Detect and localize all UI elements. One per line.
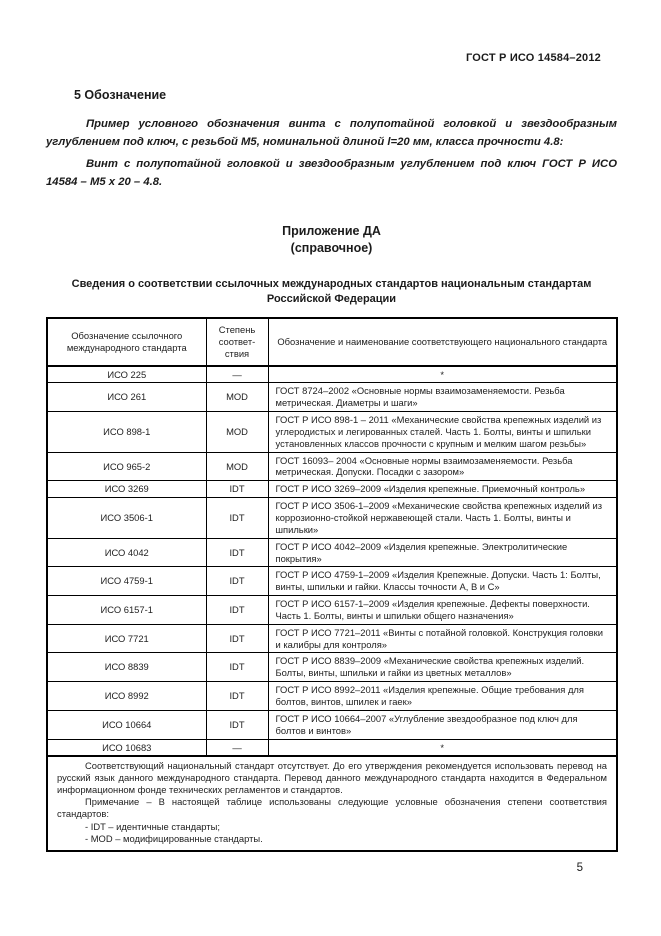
cell-international-standard: ИСО 965-2: [47, 452, 206, 481]
cell-national-standard: ГОСТ Р ИСО 4042–2009 «Изделия крепежные.…: [268, 538, 617, 567]
page-number: 5: [577, 862, 583, 874]
cell-national-standard: ГОСТ 8724–2002 «Основные нормы взаимозам…: [268, 383, 617, 412]
table-row: ИСО 6157-1IDTГОСТ Р ИСО 6157-1–2009 «Изд…: [47, 596, 617, 625]
cell-international-standard: ИСО 10664: [47, 710, 206, 739]
table-footnote-cell: Соответствующий национальный стандарт от…: [47, 756, 617, 850]
cell-degree: IDT: [206, 653, 268, 682]
cell-degree: IDT: [206, 710, 268, 739]
cell-degree: IDT: [206, 624, 268, 653]
cell-degree: —: [206, 366, 268, 383]
cell-international-standard: ИСО 10683: [47, 739, 206, 756]
cell-international-standard: ИСО 7721: [47, 624, 206, 653]
table-footnote-row: Соответствующий национальный стандарт от…: [47, 756, 617, 850]
table-row: ИСО 8992IDTГОСТ Р ИСО 8992–2011 «Изделия…: [47, 682, 617, 711]
cell-national-standard: ГОСТ 16093– 2004 «Основные нормы взаимоз…: [268, 452, 617, 481]
table-row: ИСО 10683—*: [47, 739, 617, 756]
document-header: ГОСТ Р ИСО 14584–2012: [46, 52, 601, 64]
cell-national-standard: ГОСТ Р ИСО 8992–2011 «Изделия крепежные.…: [268, 682, 617, 711]
cell-international-standard: ИСО 3506-1: [47, 498, 206, 539]
cell-degree: IDT: [206, 498, 268, 539]
cell-international-standard: ИСО 8992: [47, 682, 206, 711]
table-row: ИСО 225—*: [47, 366, 617, 383]
table-body: ИСО 225—*ИСО 261MODГОСТ 8724–2002 «Основ…: [47, 366, 617, 757]
table-row: ИСО 4042IDTГОСТ Р ИСО 4042–2009 «Изделия…: [47, 538, 617, 567]
table-header-row: Обозначение ссылочного международного ст…: [47, 318, 617, 366]
example-paragraph: Пример условного обозначения винта с пол…: [46, 115, 617, 151]
appendix-title: Приложение ДА: [46, 223, 617, 240]
cell-degree: IDT: [206, 538, 268, 567]
cell-national-standard: ГОСТ Р ИСО 8839–2009 «Механические свойс…: [268, 653, 617, 682]
cell-national-standard: ГОСТ Р ИСО 4759-1–2009 «Изделия Крепежны…: [268, 567, 617, 596]
document-page: ГОСТ Р ИСО 14584–2012 5 Обозначение Прим…: [0, 0, 661, 936]
table-caption-line2: Российской Федерации: [46, 292, 617, 307]
cell-degree: IDT: [206, 682, 268, 711]
table-row: ИСО 3506-1IDTГОСТ Р ИСО 3506-1–2009 «Мех…: [47, 498, 617, 539]
header-international-standard: Обозначение ссылочного международного ст…: [47, 318, 206, 366]
cell-national-standard: ГОСТ Р ИСО 898-1 – 2011 «Механические св…: [268, 412, 617, 453]
table-row: ИСО 10664IDTГОСТ Р ИСО 10664–2007 «Углуб…: [47, 710, 617, 739]
table-caption-line1: Сведения о соответствии ссылочных междун…: [46, 277, 617, 292]
cell-degree: MOD: [206, 412, 268, 453]
footnote-item-idt: - IDT – идентичные стандарты;: [85, 821, 607, 833]
cell-national-standard: ГОСТ Р ИСО 7721–2011 «Винты с потайной г…: [268, 624, 617, 653]
table-row: ИСО 3269IDTГОСТ Р ИСО 3269–2009 «Изделия…: [47, 481, 617, 498]
table-caption: Сведения о соответствии ссылочных междун…: [46, 277, 617, 306]
footnote-paragraph: Соответствующий национальный стандарт от…: [57, 760, 607, 796]
cell-international-standard: ИСО 8839: [47, 653, 206, 682]
footnote-note: Примечание – В настоящей таблице использ…: [57, 796, 607, 820]
cell-national-standard: ГОСТ Р ИСО 3506-1–2009 «Механические сво…: [268, 498, 617, 539]
cell-national-standard: ГОСТ Р ИСО 10664–2007 «Углубление звездо…: [268, 710, 617, 739]
cell-international-standard: ИСО 3269: [47, 481, 206, 498]
table-row: ИСО 4759-1IDTГОСТ Р ИСО 4759-1–2009 «Изд…: [47, 567, 617, 596]
cell-international-standard: ИСО 4759-1: [47, 567, 206, 596]
cell-degree: MOD: [206, 452, 268, 481]
cell-national-standard: *: [268, 366, 617, 383]
cell-international-standard: ИСО 225: [47, 366, 206, 383]
standards-correspondence-table: Обозначение ссылочного международного ст…: [46, 317, 618, 852]
cell-degree: IDT: [206, 481, 268, 498]
cell-degree: —: [206, 739, 268, 756]
cell-degree: IDT: [206, 567, 268, 596]
table-row: ИСО 965-2MODГОСТ 16093– 2004 «Основные н…: [47, 452, 617, 481]
cell-international-standard: ИСО 898-1: [47, 412, 206, 453]
cell-international-standard: ИСО 6157-1: [47, 596, 206, 625]
appendix-subtitle: (справочное): [46, 240, 617, 257]
section-heading: 5 Обозначение: [74, 88, 617, 102]
table-row: ИСО 261MODГОСТ 8724–2002 «Основные нормы…: [47, 383, 617, 412]
cell-national-standard: ГОСТ Р ИСО 6157-1–2009 «Изделия крепежны…: [268, 596, 617, 625]
header-degree: Степень соответ-ствия: [206, 318, 268, 366]
cell-degree: IDT: [206, 596, 268, 625]
appendix-title-block: Приложение ДА (справочное): [46, 223, 617, 257]
header-national-standard: Обозначение и наименование соответствующ…: [268, 318, 617, 366]
cell-degree: MOD: [206, 383, 268, 412]
designation-paragraph: Винт с полупотайной головкой и звездообр…: [46, 155, 617, 191]
cell-national-standard: ГОСТ Р ИСО 3269–2009 «Изделия крепежные.…: [268, 481, 617, 498]
cell-international-standard: ИСО 261: [47, 383, 206, 412]
footnote-item-mod: - MOD – модифицированные стандарты.: [85, 833, 607, 845]
table-row: ИСО 898-1MODГОСТ Р ИСО 898-1 – 2011 «Мех…: [47, 412, 617, 453]
cell-national-standard: *: [268, 739, 617, 756]
table-row: ИСО 7721IDTГОСТ Р ИСО 7721–2011 «Винты с…: [47, 624, 617, 653]
cell-international-standard: ИСО 4042: [47, 538, 206, 567]
table-row: ИСО 8839IDTГОСТ Р ИСО 8839–2009 «Механич…: [47, 653, 617, 682]
